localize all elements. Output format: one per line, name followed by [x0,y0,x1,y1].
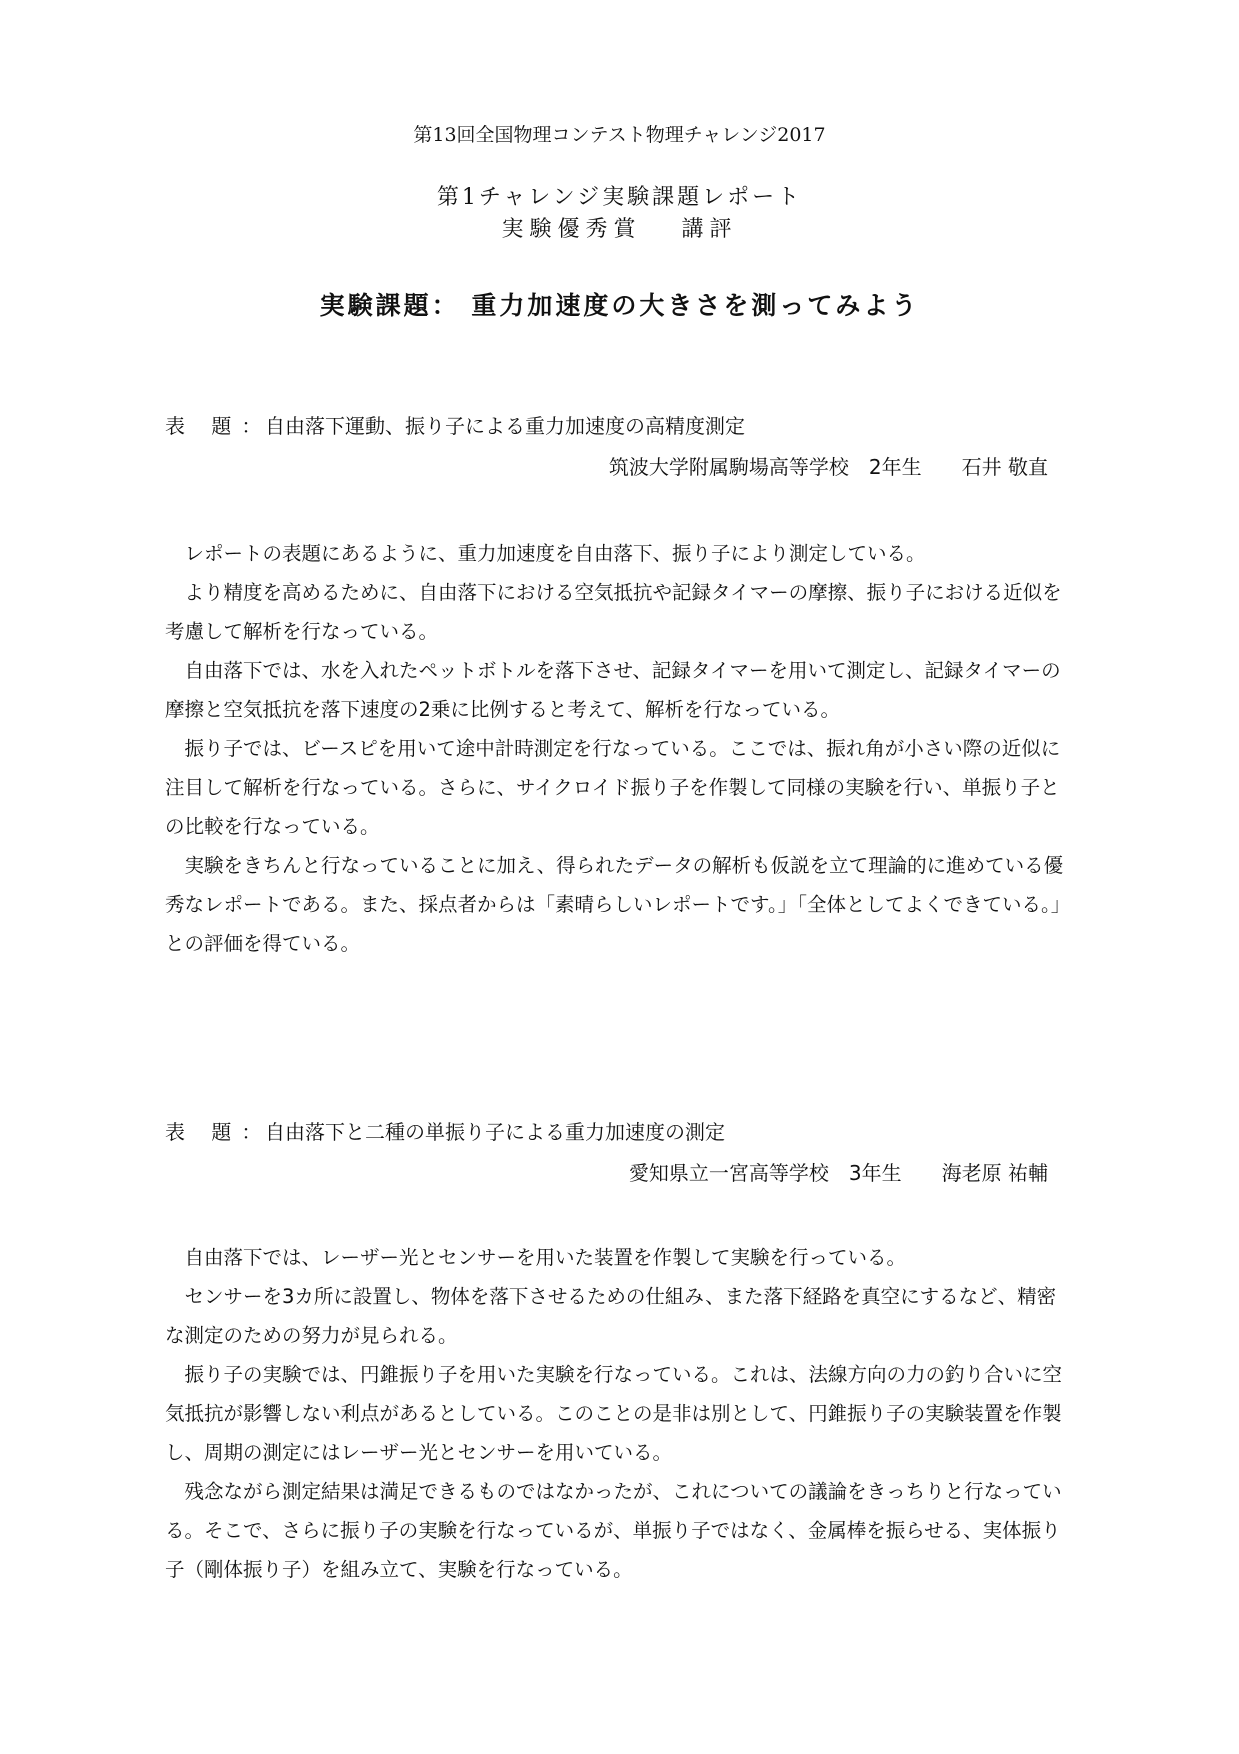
school-name: 筑波大学附属駒場高等学校 [609,455,849,479]
paragraph: 振り子では、ビースピを用いて途中計時測定を行なっている。ここでは、振れ角が小さい… [165,729,1070,846]
report-1-body: レポートの表題にあるように、重力加速度を自由落下、振り子により測定している。 よ… [165,534,1070,963]
report-title: 第1チャレンジ実験課題レポート [0,180,1239,211]
paragraph: より精度を高めるために、自由落下における空気抵抗や記録タイマーの摩擦、振り子にお… [165,573,1070,651]
title-label: 表 題： [165,410,265,439]
task-title: 実験課題： 重力加速度の大きさを測ってみよう [0,286,1239,322]
paragraph: 実験をきちんと行なっていることに加え、得られたデータの解析も仮説を立て理論的に進… [165,846,1070,963]
school-name: 愛知県立一宮高等学校 [629,1161,829,1185]
title-label: 表 題： [165,1116,265,1145]
contest-title: 第13回全国物理コンテスト物理チャレンジ2017 [0,120,1239,147]
author-name: 海老原 祐輔 [942,1161,1048,1185]
paragraph: 残念ながら測定結果は満足できるものではなかったが、これについての議論をきっちりと… [165,1472,1070,1589]
report-title-line: 表 題：自由落下運動、振り子による重力加速度の高精度測定 [165,410,1070,439]
paragraph: 自由落下では、水を入れたペットボトルを落下させ、記録タイマーを用いて測定し、記録… [165,651,1070,729]
author-line: 筑波大学附属駒場高等学校2年生石井 敬直 [165,451,1070,480]
report-title-text: 自由落下と二種の単振り子による重力加速度の測定 [265,1120,725,1144]
report-title-text: 自由落下運動、振り子による重力加速度の高精度測定 [265,414,745,438]
report-2-header: 表 題：自由落下と二種の単振り子による重力加速度の測定 愛知県立一宮高等学校3年… [165,1116,1070,1186]
report-1-header: 表 題：自由落下運動、振り子による重力加速度の高精度測定 筑波大学附属駒場高等学… [165,410,1070,480]
grade: 3年生 [849,1161,902,1185]
author-name: 石井 敬直 [962,455,1048,479]
paragraph: 自由落下では、レーザー光とセンサーを用いた装置を作製して実験を行っている。 [165,1238,1070,1277]
report-2-body: 自由落下では、レーザー光とセンサーを用いた装置を作製して実験を行っている。 セン… [165,1238,1070,1589]
grade: 2年生 [869,455,922,479]
award-heading: 実験優秀賞講評 [0,212,1239,243]
paragraph: レポートの表題にあるように、重力加速度を自由落下、振り子により測定している。 [165,534,1070,573]
review-label: 講評 [682,217,738,242]
author-line: 愛知県立一宮高等学校3年生海老原 祐輔 [165,1157,1070,1186]
award-label: 実験優秀賞 [501,217,641,242]
paragraph: 振り子の実験では、円錐振り子を用いた実験を行なっている。これは、法線方向の力の釣… [165,1355,1070,1472]
report-title-line: 表 題：自由落下と二種の単振り子による重力加速度の測定 [165,1116,1070,1145]
paragraph: センサーを3カ所に設置し、物体を落下させるための仕組み、また落下経路を真空にする… [165,1277,1070,1355]
